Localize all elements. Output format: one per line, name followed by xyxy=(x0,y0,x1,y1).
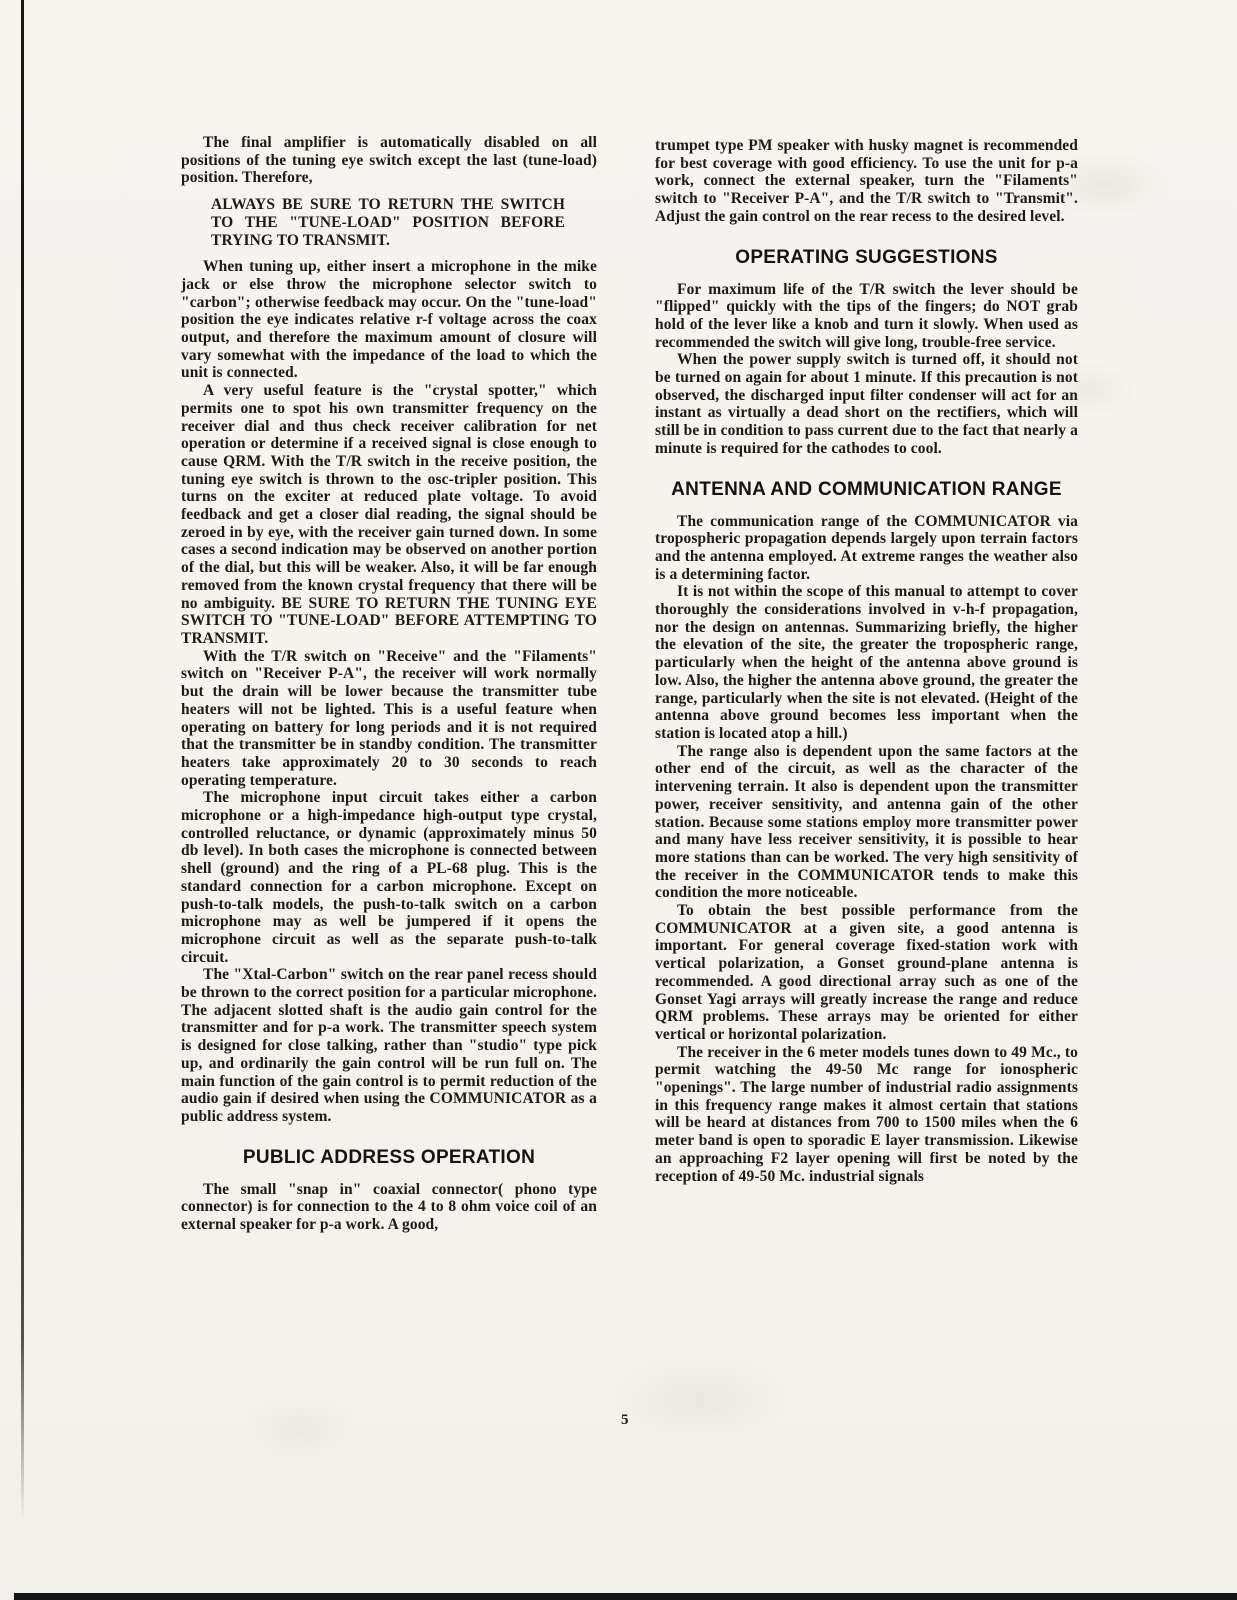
body-paragraph: The microphone input circuit takes eithe… xyxy=(181,789,597,966)
section-heading-operating-suggestions: OPERATING SUGGESTIONS xyxy=(655,247,1078,269)
body-paragraph: To obtain the best possible performance … xyxy=(655,902,1078,1044)
body-paragraph: A very useful feature is the "crystal sp… xyxy=(181,382,597,648)
body-paragraph: With the T/R switch on "Receive" and the… xyxy=(181,648,597,790)
body-paragraph: When the power supply switch is turned o… xyxy=(655,351,1078,457)
warning-note: ALWAYS BE SURE TO RETURN THE SWITCH TO T… xyxy=(211,196,565,249)
body-paragraph: When tuning up, either insert a micropho… xyxy=(181,258,597,382)
body-paragraph: The receiver in the 6 meter models tunes… xyxy=(655,1044,1078,1186)
section-heading-antenna-and-communication-range: ANTENNA AND COMMUNICATION RANGE xyxy=(655,479,1078,501)
bottom-rule xyxy=(14,1593,1237,1600)
body-paragraph: The "Xtal-Carbon" switch on the rear pan… xyxy=(181,966,597,1125)
body-paragraph: The small "snap in" coaxial connector( p… xyxy=(181,1181,597,1234)
page-edge-line xyxy=(21,0,24,1520)
body-paragraph: The communication range of the COMMUNICA… xyxy=(655,513,1078,584)
body-paragraph-continuation: trumpet type PM speaker with husky magne… xyxy=(655,137,1078,226)
body-paragraph: The final amplifier is automatically dis… xyxy=(181,134,597,187)
section-heading-public-address-operation: PUBLIC ADDRESS OPERATION xyxy=(181,1147,597,1169)
body-paragraph: For maximum life of the T/R switch the l… xyxy=(655,281,1078,352)
body-paragraph: It is not within the scope of this manua… xyxy=(655,583,1078,742)
body-paragraph: The range also is dependent upon the sam… xyxy=(655,743,1078,902)
page-number: 5 xyxy=(621,1412,629,1429)
left-column: The final amplifier is automatically dis… xyxy=(181,134,597,1234)
right-column: trumpet type PM speaker with husky magne… xyxy=(655,137,1078,1185)
manual-page: The final amplifier is automatically dis… xyxy=(0,0,1237,1600)
